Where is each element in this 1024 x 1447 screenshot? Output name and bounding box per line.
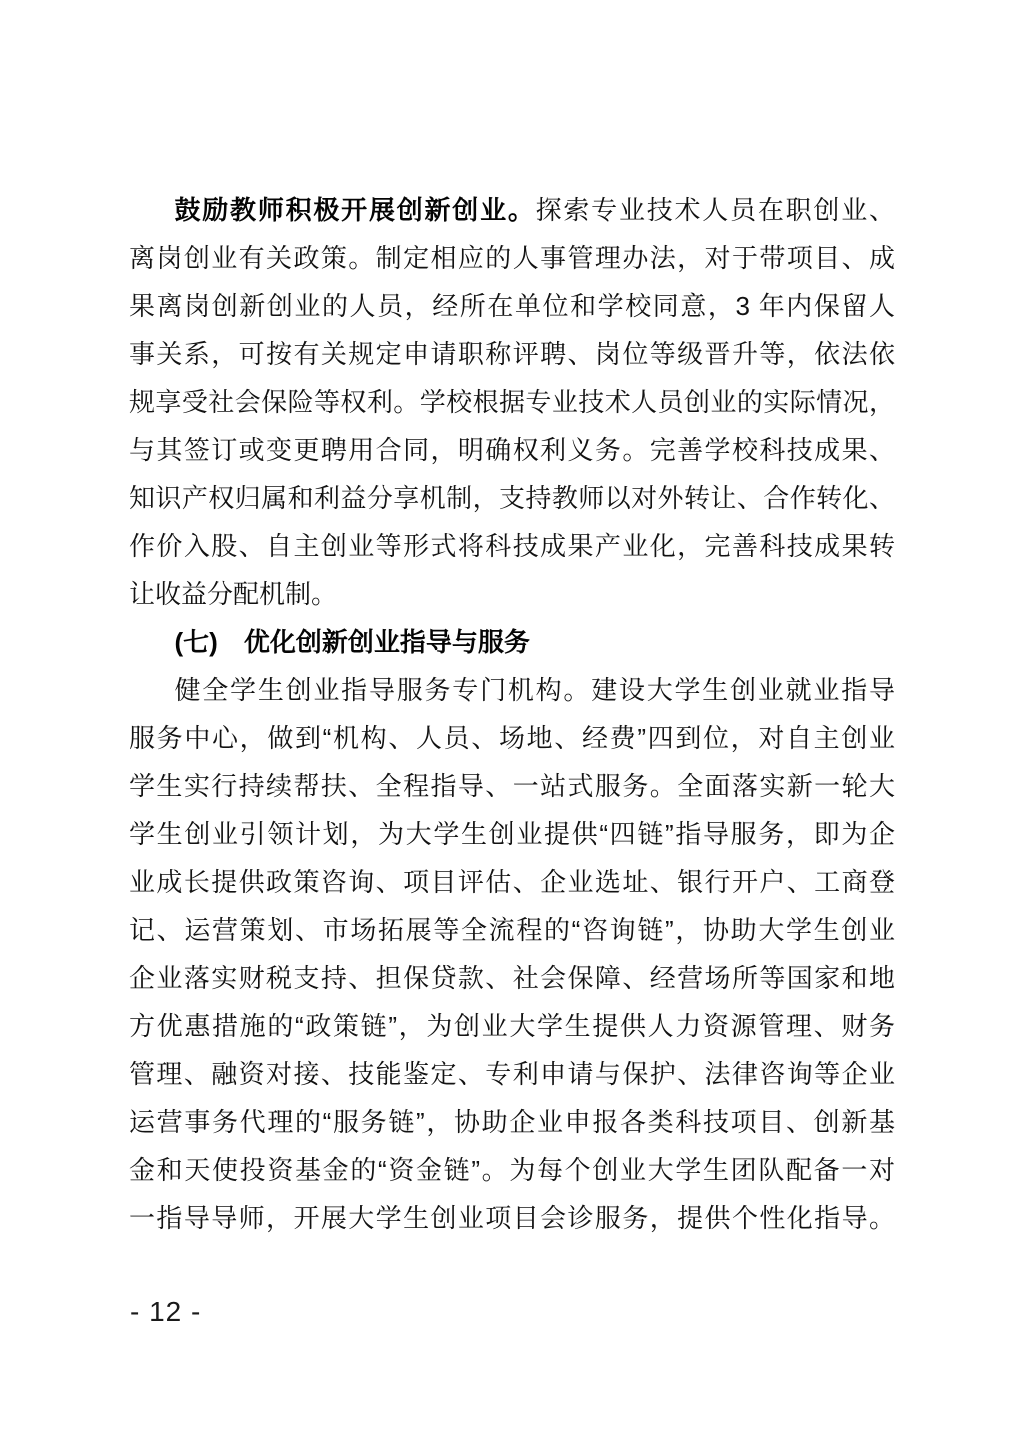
body-text-line: 金和天使投资基金的“资金链”。为每个创业大学生团队配备一对: [129, 1146, 895, 1194]
body-text-line: 学生创业引领计划，为大学生创业提供“四链”指导服务，即为企: [129, 810, 895, 858]
body-text-line: 方优惠措施的“政策链”，为创业大学生提供人力资源管理、财务: [129, 1002, 895, 1050]
body-text-line: 服务中心，做到“机构、人员、场地、经费”四到位，对自主创业: [129, 714, 895, 762]
text-segment: 果离岗创新创业的人员，经所在单位和学校同意，3 年内保留人: [129, 291, 895, 321]
body-text-line: 企业落实财税支持、担保贷款、社会保障、经营场所等国家和地: [129, 954, 895, 1002]
text-segment: 离岗创业有关政策。制定相应的人事管理办法，对于带项目、成: [129, 243, 895, 273]
body-text-line: 记、运营策划、市场拓展等全流程的“咨询链”，协助大学生创业: [129, 906, 895, 954]
body-text-line: 管理、融资对接、技能鉴定、专利申请与保护、法律咨询等企业: [129, 1050, 895, 1098]
body-text-line: 与其签订或变更聘用合同，明确权利义务。完善学校科技成果、: [129, 426, 895, 474]
text-segment: 记、运营策划、市场拓展等全流程的“咨询链”，协助大学生创业: [129, 915, 895, 945]
text-segment: 与其签订或变更聘用合同，明确权利义务。完善学校科技成果、: [129, 435, 895, 465]
bold-text-segment: (七) 优化创新创业指导与服务: [175, 627, 530, 657]
body-text-line: 学生实行持续帮扶、全程指导、一站式服务。全面落实新一轮大: [129, 762, 895, 810]
text-segment: 一指导导师，开展大学生创业项目会诊服务，提供个性化指导。: [129, 1203, 895, 1233]
text-segment: 金和天使投资基金的“资金链”。为每个创业大学生团队配备一对: [129, 1155, 895, 1185]
text-segment: 方优惠措施的“政策链”，为创业大学生提供人力资源管理、财务: [129, 1011, 895, 1041]
document-body: 鼓励教师积极开展创新创业。探索专业技术人员在职创业、离岗创业有关政策。制定相应的…: [129, 186, 895, 1242]
text-segment: 服务中心，做到“机构、人员、场地、经费”四到位，对自主创业: [129, 723, 895, 753]
text-segment: 学生实行持续帮扶、全程指导、一站式服务。全面落实新一轮大: [129, 771, 895, 801]
document-page: 鼓励教师积极开展创新创业。探索专业技术人员在职创业、离岗创业有关政策。制定相应的…: [0, 0, 1024, 1447]
body-text-line: 健全学生创业指导服务专门机构。建设大学生创业就业指导: [129, 666, 895, 714]
text-segment: 健全学生创业指导服务专门机构。建设大学生创业就业指导: [175, 675, 896, 705]
body-text-line: 离岗创业有关政策。制定相应的人事管理办法，对于带项目、成: [129, 234, 895, 282]
text-segment: 学生创业引领计划，为大学生创业提供“四链”指导服务，即为企: [129, 819, 895, 849]
text-segment: 运营事务代理的“服务链”，协助企业申报各类科技项目、创新基: [129, 1107, 895, 1137]
text-segment: 让收益分配机制。: [129, 579, 337, 609]
text-segment: 管理、融资对接、技能鉴定、专利申请与保护、法律咨询等企业: [129, 1059, 895, 1089]
text-segment: 规享受社会保险等权利。学校根据专业技术人员创业的实际情况，: [129, 387, 895, 417]
body-text-line: 果离岗创新创业的人员，经所在单位和学校同意，3 年内保留人: [129, 282, 895, 330]
bold-text-segment: 鼓励教师积极开展创新创业。: [175, 195, 536, 225]
body-text-line: 作价入股、自主创业等形式将科技成果产业化，完善科技成果转: [129, 522, 895, 570]
body-text-line: 让收益分配机制。: [129, 570, 895, 618]
body-text-line: 鼓励教师积极开展创新创业。探索专业技术人员在职创业、: [129, 186, 895, 234]
body-text-line: 一指导导师，开展大学生创业项目会诊服务，提供个性化指导。: [129, 1194, 895, 1242]
section-heading-line: (七) 优化创新创业指导与服务: [129, 618, 895, 666]
text-segment: 业成长提供政策咨询、项目评估、企业选址、银行开户、工商登: [129, 867, 895, 897]
text-segment: 事关系，可按有关规定申请职称评聘、岗位等级晋升等，依法依: [129, 339, 895, 369]
page-number: - 12 -: [130, 1292, 201, 1332]
body-text-line: 规享受社会保险等权利。学校根据专业技术人员创业的实际情况，: [129, 378, 895, 426]
body-text-line: 业成长提供政策咨询、项目评估、企业选址、银行开户、工商登: [129, 858, 895, 906]
body-text-line: 知识产权归属和利益分享机制，支持教师以对外转让、合作转化、: [129, 474, 895, 522]
body-text-line: 运营事务代理的“服务链”，协助企业申报各类科技项目、创新基: [129, 1098, 895, 1146]
text-segment: 作价入股、自主创业等形式将科技成果产业化，完善科技成果转: [129, 531, 895, 561]
text-segment: 探索专业技术人员在职创业、: [536, 195, 895, 225]
text-segment: 知识产权归属和利益分享机制，支持教师以对外转让、合作转化、: [129, 483, 895, 513]
text-segment: 企业落实财税支持、担保贷款、社会保障、经营场所等国家和地: [129, 963, 895, 993]
body-text-line: 事关系，可按有关规定申请职称评聘、岗位等级晋升等，依法依: [129, 330, 895, 378]
